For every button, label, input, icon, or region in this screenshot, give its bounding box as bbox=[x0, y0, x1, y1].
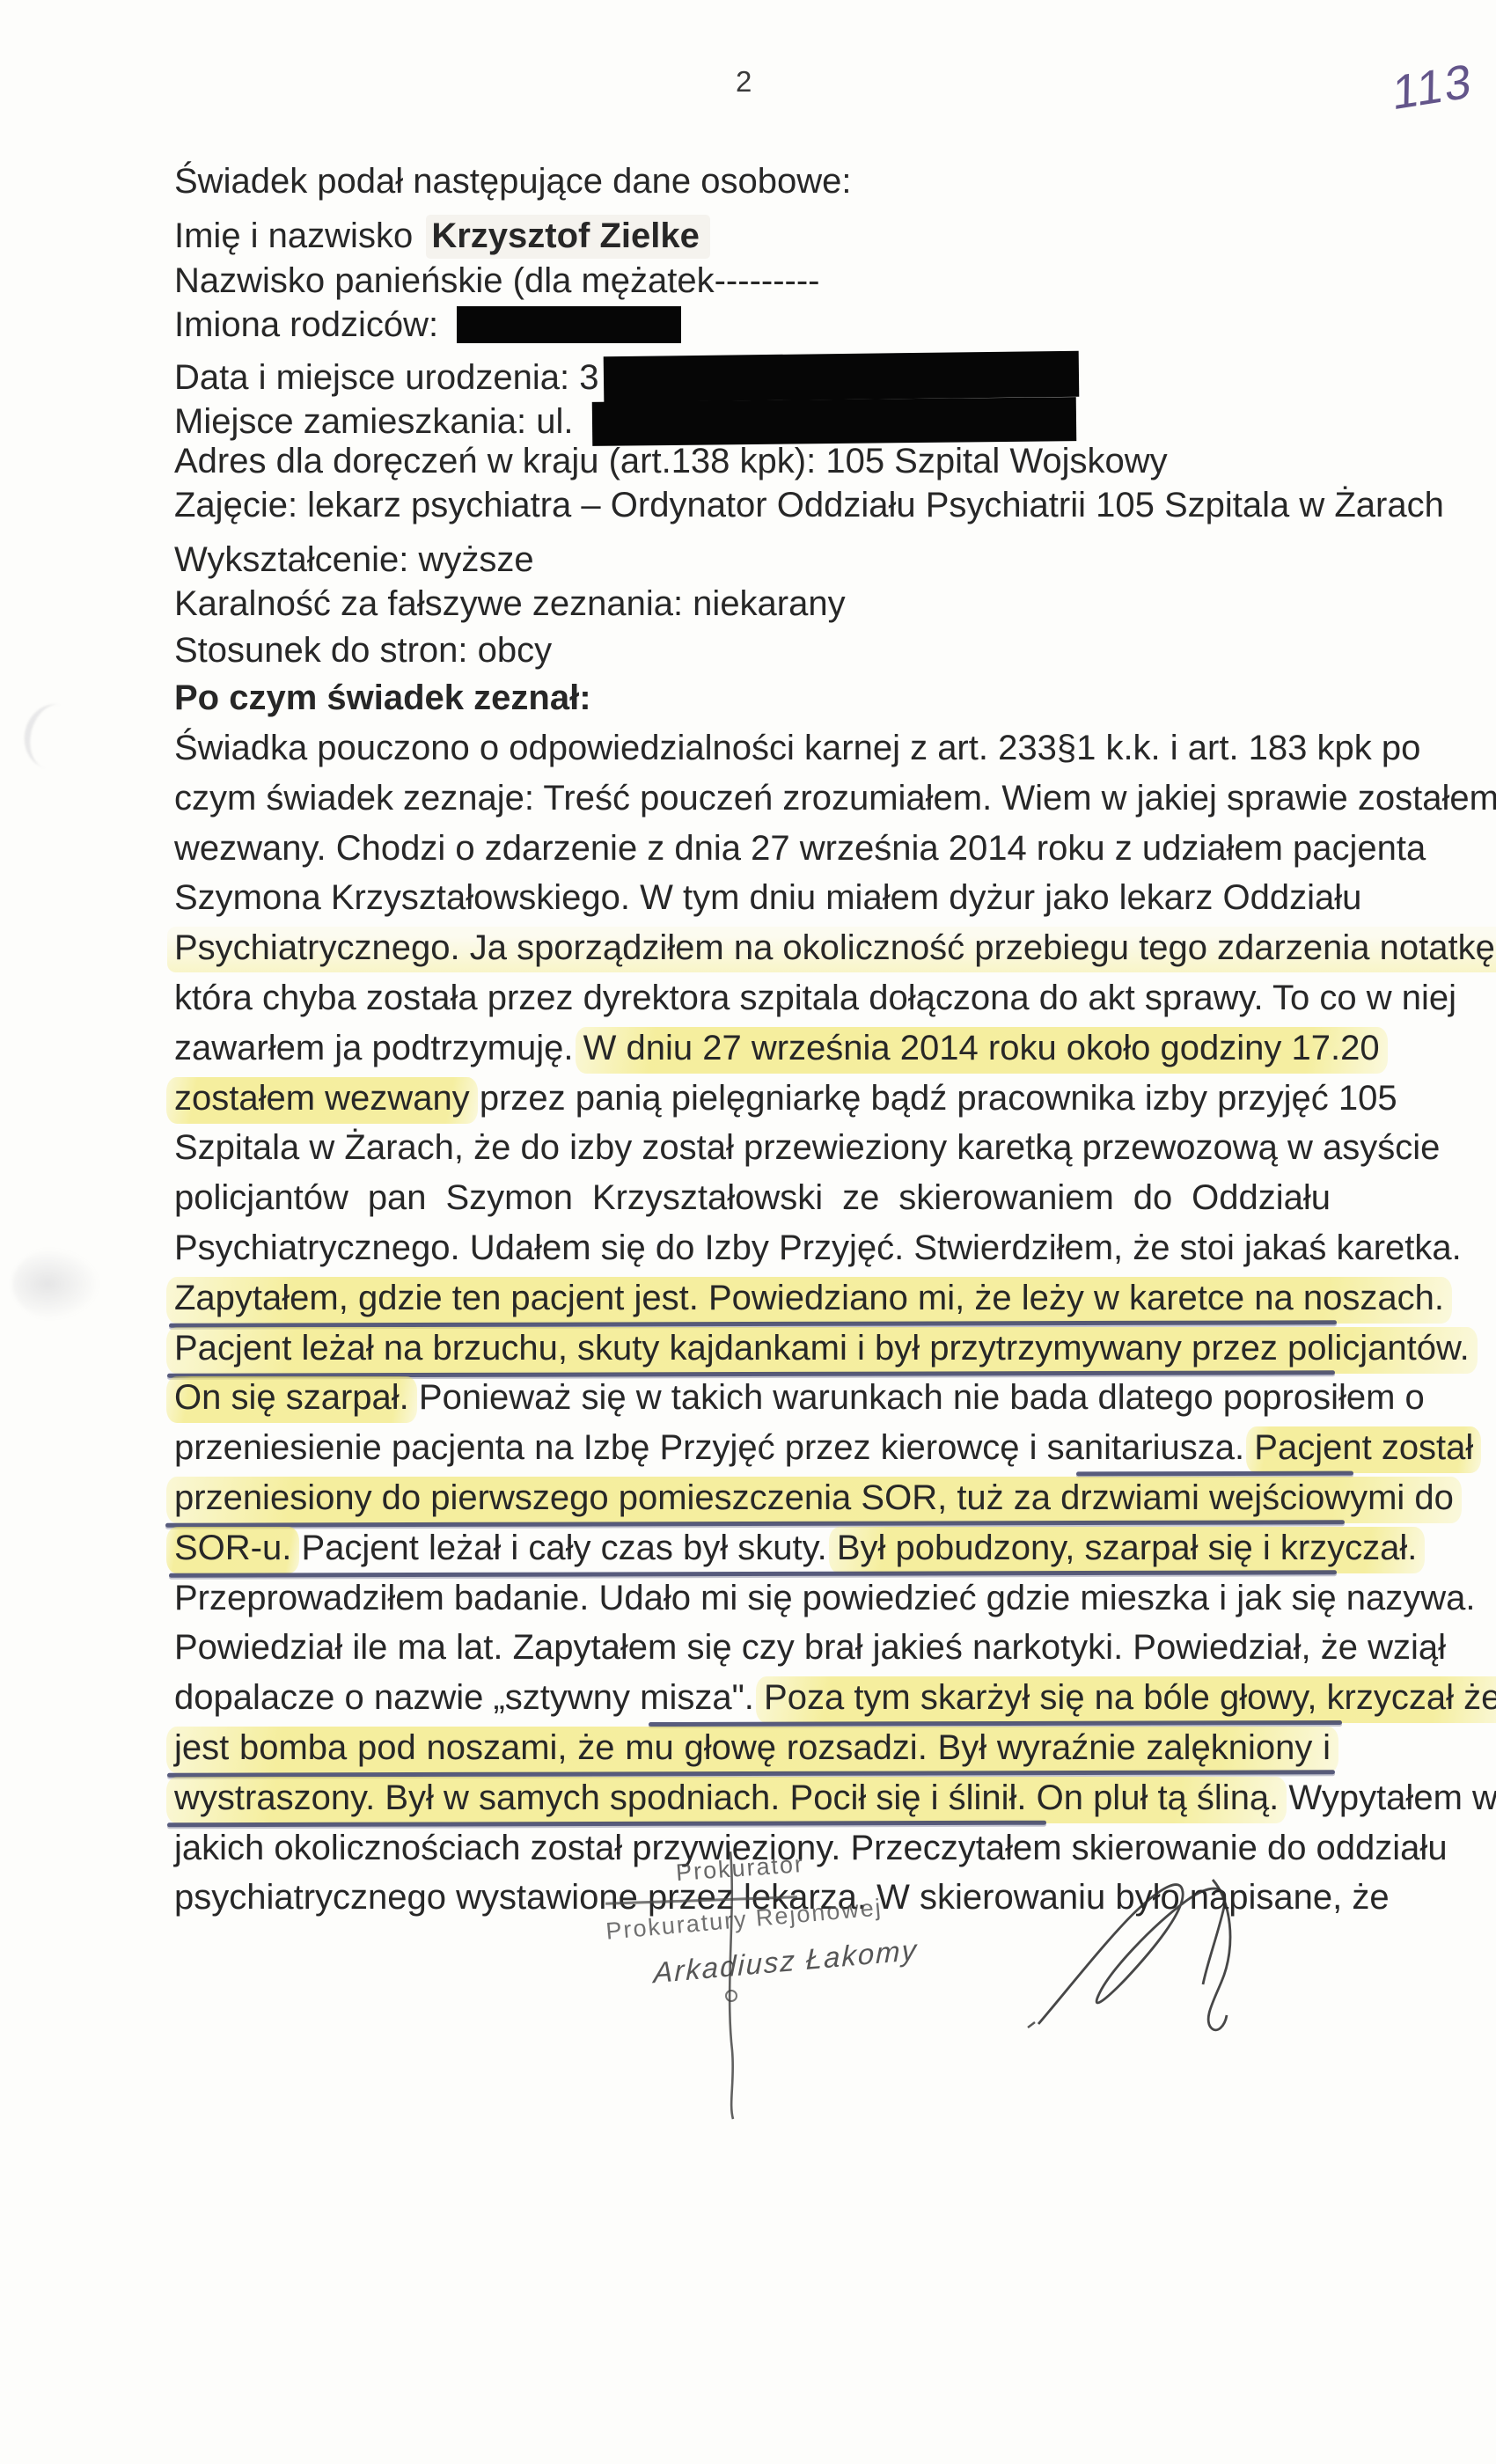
testimony-line: Szymona Krzyształowskiego. W tym dniu mi… bbox=[174, 875, 1331, 925]
birth-visible-digit: 3 bbox=[579, 358, 598, 397]
highlighted-text: Zapytałem, gdzie ten pacjent jest. Powie… bbox=[166, 1277, 1452, 1324]
maiden-name-line: Nazwisko panieńskie (dla mężatek--------… bbox=[174, 260, 820, 304]
testimony-line: Powiedział ile ma lat. Zapytałem się czy… bbox=[174, 1624, 1331, 1675]
occupation-line: Zajęcie: lekarz psychiatra – Ordynator O… bbox=[174, 484, 1444, 528]
highlighted-text: przeniesiony do pierwszego pomieszczenia… bbox=[166, 1477, 1462, 1523]
name-line: Imię i nazwisko Krzysztof Zielke bbox=[174, 215, 710, 259]
birth-label: Data i miejsce urodzenia: bbox=[174, 358, 569, 397]
scanned-testimony-page: 2 113 Świadek podał następujące dane oso… bbox=[0, 0, 1496, 2464]
testimony-heading: Po czym świadek zeznał: bbox=[174, 677, 591, 721]
residence-line: Miejsce zamieszkania: ul. bbox=[174, 400, 1076, 444]
testimony-line: SOR-u. Pacjent leżał i cały czas był sku… bbox=[174, 1525, 1331, 1575]
highlighted-text: Pacjent leżał na brzuchu, skuty kajdanka… bbox=[166, 1327, 1478, 1374]
testimony-line: Szpitala w Żarach, że do izby został prz… bbox=[174, 1125, 1331, 1175]
parents-label: Imiona rodziców: bbox=[174, 305, 438, 344]
testimony-line: Psychiatrycznego. Ja sporządziłem na oko… bbox=[174, 925, 1331, 975]
signature-tick bbox=[1028, 2022, 1035, 2028]
pen-knot bbox=[726, 1991, 737, 2001]
testimony-line: zostałem wezwany przez panią pielęgniark… bbox=[174, 1075, 1331, 1126]
testimony-line: przeniesiony do pierwszego pomieszczenia… bbox=[174, 1475, 1331, 1525]
testimony-line: policjantów pan Szymon Krzyształowski ze… bbox=[174, 1175, 1331, 1225]
redaction-bar bbox=[604, 351, 1080, 403]
highlighted-text: Pacjent został bbox=[1246, 1426, 1481, 1473]
testimony-line: Zapytałem, gdzie ten pacjent jest. Powie… bbox=[174, 1275, 1331, 1325]
highlighted-text: Poza tym skarżył się na bóle głowy, krzy… bbox=[756, 1676, 1496, 1723]
testimony-line: On się szarpał. Ponieważ się w takich wa… bbox=[174, 1375, 1331, 1425]
name-label: Imię i nazwisko bbox=[174, 216, 413, 255]
scan-smudge bbox=[18, 698, 89, 775]
highlighted-text: jest bomba pod noszami, że mu głowę rozs… bbox=[166, 1727, 1338, 1773]
residence-label: Miejsce zamieszkania: ul. bbox=[174, 402, 574, 441]
testimony-line: dopalacze o nazwie „sztywny misza". Poza… bbox=[174, 1675, 1331, 1725]
highlighted-text: On się szarpał. bbox=[166, 1376, 417, 1423]
testimony-line: wystraszony. Był w samych spodniach. Poc… bbox=[174, 1775, 1331, 1825]
handwritten-signatures bbox=[546, 1839, 1338, 2156]
testimony-line: Pacjent leżał na brzuchu, skuty kajdanka… bbox=[174, 1325, 1331, 1375]
testimony-line: Psychiatrycznego. Udałem się do Izby Prz… bbox=[174, 1225, 1331, 1275]
birth-line: Data i miejsce urodzenia: 3 bbox=[174, 354, 1079, 398]
witness-name: Krzysztof Zielke bbox=[426, 215, 710, 259]
personal-data-intro: Świadek podał następujące dane osobowe: bbox=[174, 160, 851, 204]
redaction-bar bbox=[457, 306, 681, 343]
faint-highlight: Psychiatrycznego. Ja sporządziłem na oko… bbox=[167, 927, 1496, 972]
redaction-bar bbox=[591, 397, 1075, 446]
scan-smudge bbox=[12, 1248, 100, 1320]
testimony-line: czym świadek zeznaje: Treść pouczeń zroz… bbox=[174, 775, 1331, 825]
highlighted-text: zostałem wezwany bbox=[166, 1077, 478, 1124]
testimony-line: Świadka pouczono o odpowiedzialności kar… bbox=[174, 725, 1331, 775]
testimony-line: zawarłem ja podtrzymuję. W dniu 27 wrześ… bbox=[174, 1025, 1331, 1075]
criminal-record-line: Karalność za fałszywe zeznania: niekaran… bbox=[174, 583, 846, 627]
highlighted-text: Był pobudzony, szarpał się i krzyczał. bbox=[829, 1527, 1426, 1573]
testimony-line: przeniesienie pacjenta na Izbę Przyjęć p… bbox=[174, 1425, 1331, 1475]
highlighted-text: W dniu 27 września 2014 roku około godzi… bbox=[576, 1027, 1388, 1074]
handwritten-folio-number: 113 bbox=[1392, 53, 1473, 121]
signature-stroke bbox=[1038, 1885, 1225, 2024]
testimony-line: która chyba została przez dyrektora szpi… bbox=[174, 975, 1331, 1025]
parents-line: Imiona rodziców: bbox=[174, 304, 681, 348]
education-line: Wykształcenie: wyższe bbox=[174, 539, 534, 583]
testimony-line: Przeprowadziłem badanie. Udało mi się po… bbox=[174, 1575, 1331, 1625]
testimony-line: wezwany. Chodzi o zdarzenie z dnia 27 wr… bbox=[174, 825, 1331, 876]
highlighted-text: SOR-u. bbox=[166, 1527, 299, 1573]
testimony-paragraph: Świadka pouczono o odpowiedzialności kar… bbox=[174, 725, 1331, 1925]
testimony-line: jest bomba pod noszami, że mu głowę rozs… bbox=[174, 1725, 1331, 1775]
relation-line: Stosunek do stron: obcy bbox=[174, 629, 552, 673]
highlighted-text: wystraszony. Był w samych spodniach. Poc… bbox=[166, 1777, 1287, 1823]
pen-stroke bbox=[730, 1852, 733, 2119]
page-number: 2 bbox=[736, 65, 752, 99]
delivery-address-line: Adres dla doręczeń w kraju (art.138 kpk)… bbox=[174, 440, 1168, 484]
